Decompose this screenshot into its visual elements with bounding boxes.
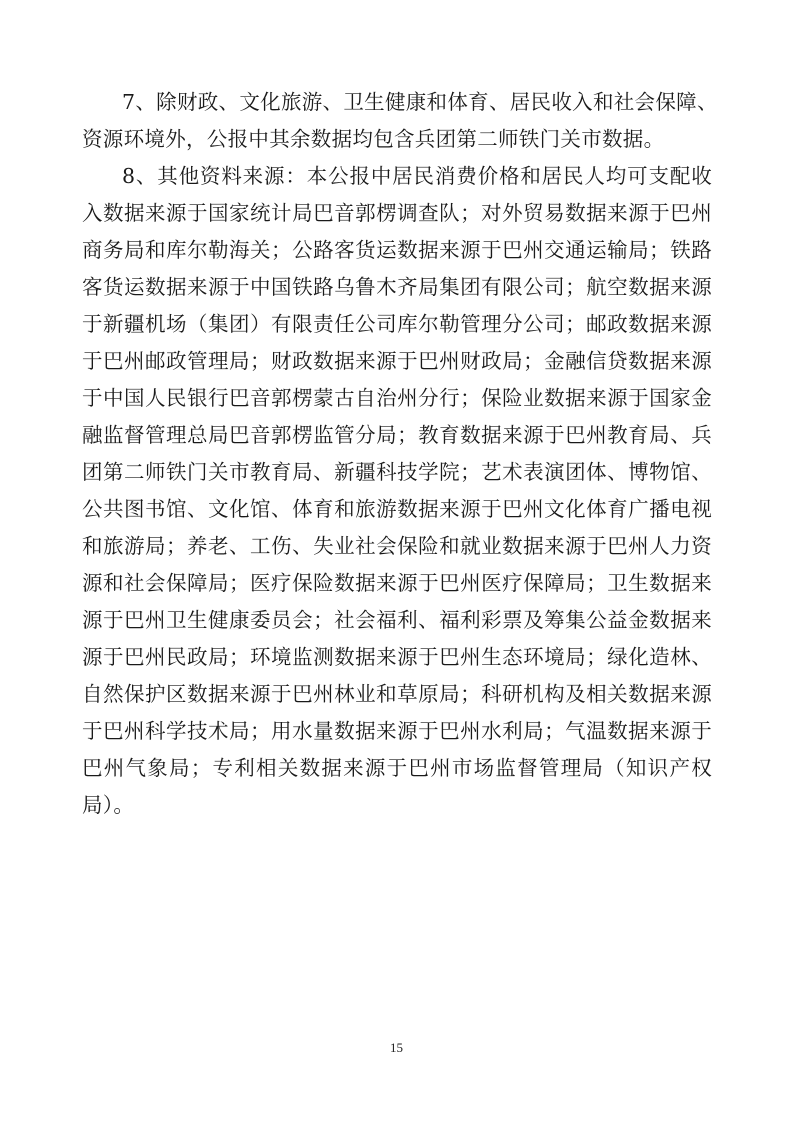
paragraph-note-7: 7、除财政、文化旅游、卫生健康和体育、居民收入和社会保障、 资源环境外，公报中其… bbox=[82, 84, 712, 158]
text-line: 公共图书馆、文化馆、体育和旅游数据来源于巴州文化体育广播电视 bbox=[82, 491, 712, 528]
text-line: 7、除财政、文化旅游、卫生健康和体育、居民收入和社会保障、 bbox=[82, 84, 712, 121]
text-line: 于新疆机场（集团）有限责任公司库尔勒管理分公司；邮政数据来源 bbox=[82, 306, 712, 343]
text-line: 资源环境外，公报中其余数据均包含兵团第二师铁门关市数据。 bbox=[82, 121, 712, 158]
document-page: 7、除财政、文化旅游、卫生健康和体育、居民收入和社会保障、 资源环境外，公报中其… bbox=[0, 0, 793, 1122]
body-text: 7、除财政、文化旅游、卫生健康和体育、居民收入和社会保障、 资源环境外，公报中其… bbox=[82, 84, 712, 824]
text-line: 源于巴州卫生健康委员会；社会福利、福利彩票及筹集公益金数据来 bbox=[82, 602, 712, 639]
text-line: 商务局和库尔勒海关；公路客货运数据来源于巴州交通运输局；铁路 bbox=[82, 232, 712, 269]
text-line: 于巴州邮政管理局；财政数据来源于巴州财政局；金融信贷数据来源 bbox=[82, 343, 712, 380]
text-line: 融监督管理总局巴音郭楞监管分局；教育数据来源于巴州教育局、兵 bbox=[82, 417, 712, 454]
text-line: 于巴州科学技术局；用水量数据来源于巴州水利局；气温数据来源于 bbox=[82, 713, 712, 750]
text-line: 巴州气象局；专利相关数据来源于巴州市场监督管理局（知识产权 bbox=[82, 750, 712, 787]
paragraph-note-8: 8、其他资料来源：本公报中居民消费价格和居民人均可支配收 入数据来源于国家统计局… bbox=[82, 158, 712, 824]
text-line: 8、其他资料来源：本公报中居民消费价格和居民人均可支配收 bbox=[82, 158, 712, 195]
text-line: 自然保护区数据来源于巴州林业和草原局；科研机构及相关数据来源 bbox=[82, 676, 712, 713]
text-line: 团第二师铁门关市教育局、新疆科技学院；艺术表演团体、博物馆、 bbox=[82, 454, 712, 491]
text-line: 源于巴州民政局；环境监测数据来源于巴州生态环境局；绿化造林、 bbox=[82, 639, 712, 676]
page-number: 15 bbox=[0, 1040, 793, 1056]
text-line: 客货运数据来源于中国铁路乌鲁木齐局集团有限公司；航空数据来源 bbox=[82, 269, 712, 306]
text-line: 于中国人民银行巴音郭楞蒙古自治州分行；保险业数据来源于国家金 bbox=[82, 380, 712, 417]
text-line: 入数据来源于国家统计局巴音郭楞调查队；对外贸易数据来源于巴州 bbox=[82, 195, 712, 232]
text-line: 局）。 bbox=[82, 787, 712, 824]
text-line: 和旅游局；养老、工伤、失业社会保险和就业数据来源于巴州人力资 bbox=[82, 528, 712, 565]
text-line: 源和社会保障局；医疗保险数据来源于巴州医疗保障局；卫生数据来 bbox=[82, 565, 712, 602]
